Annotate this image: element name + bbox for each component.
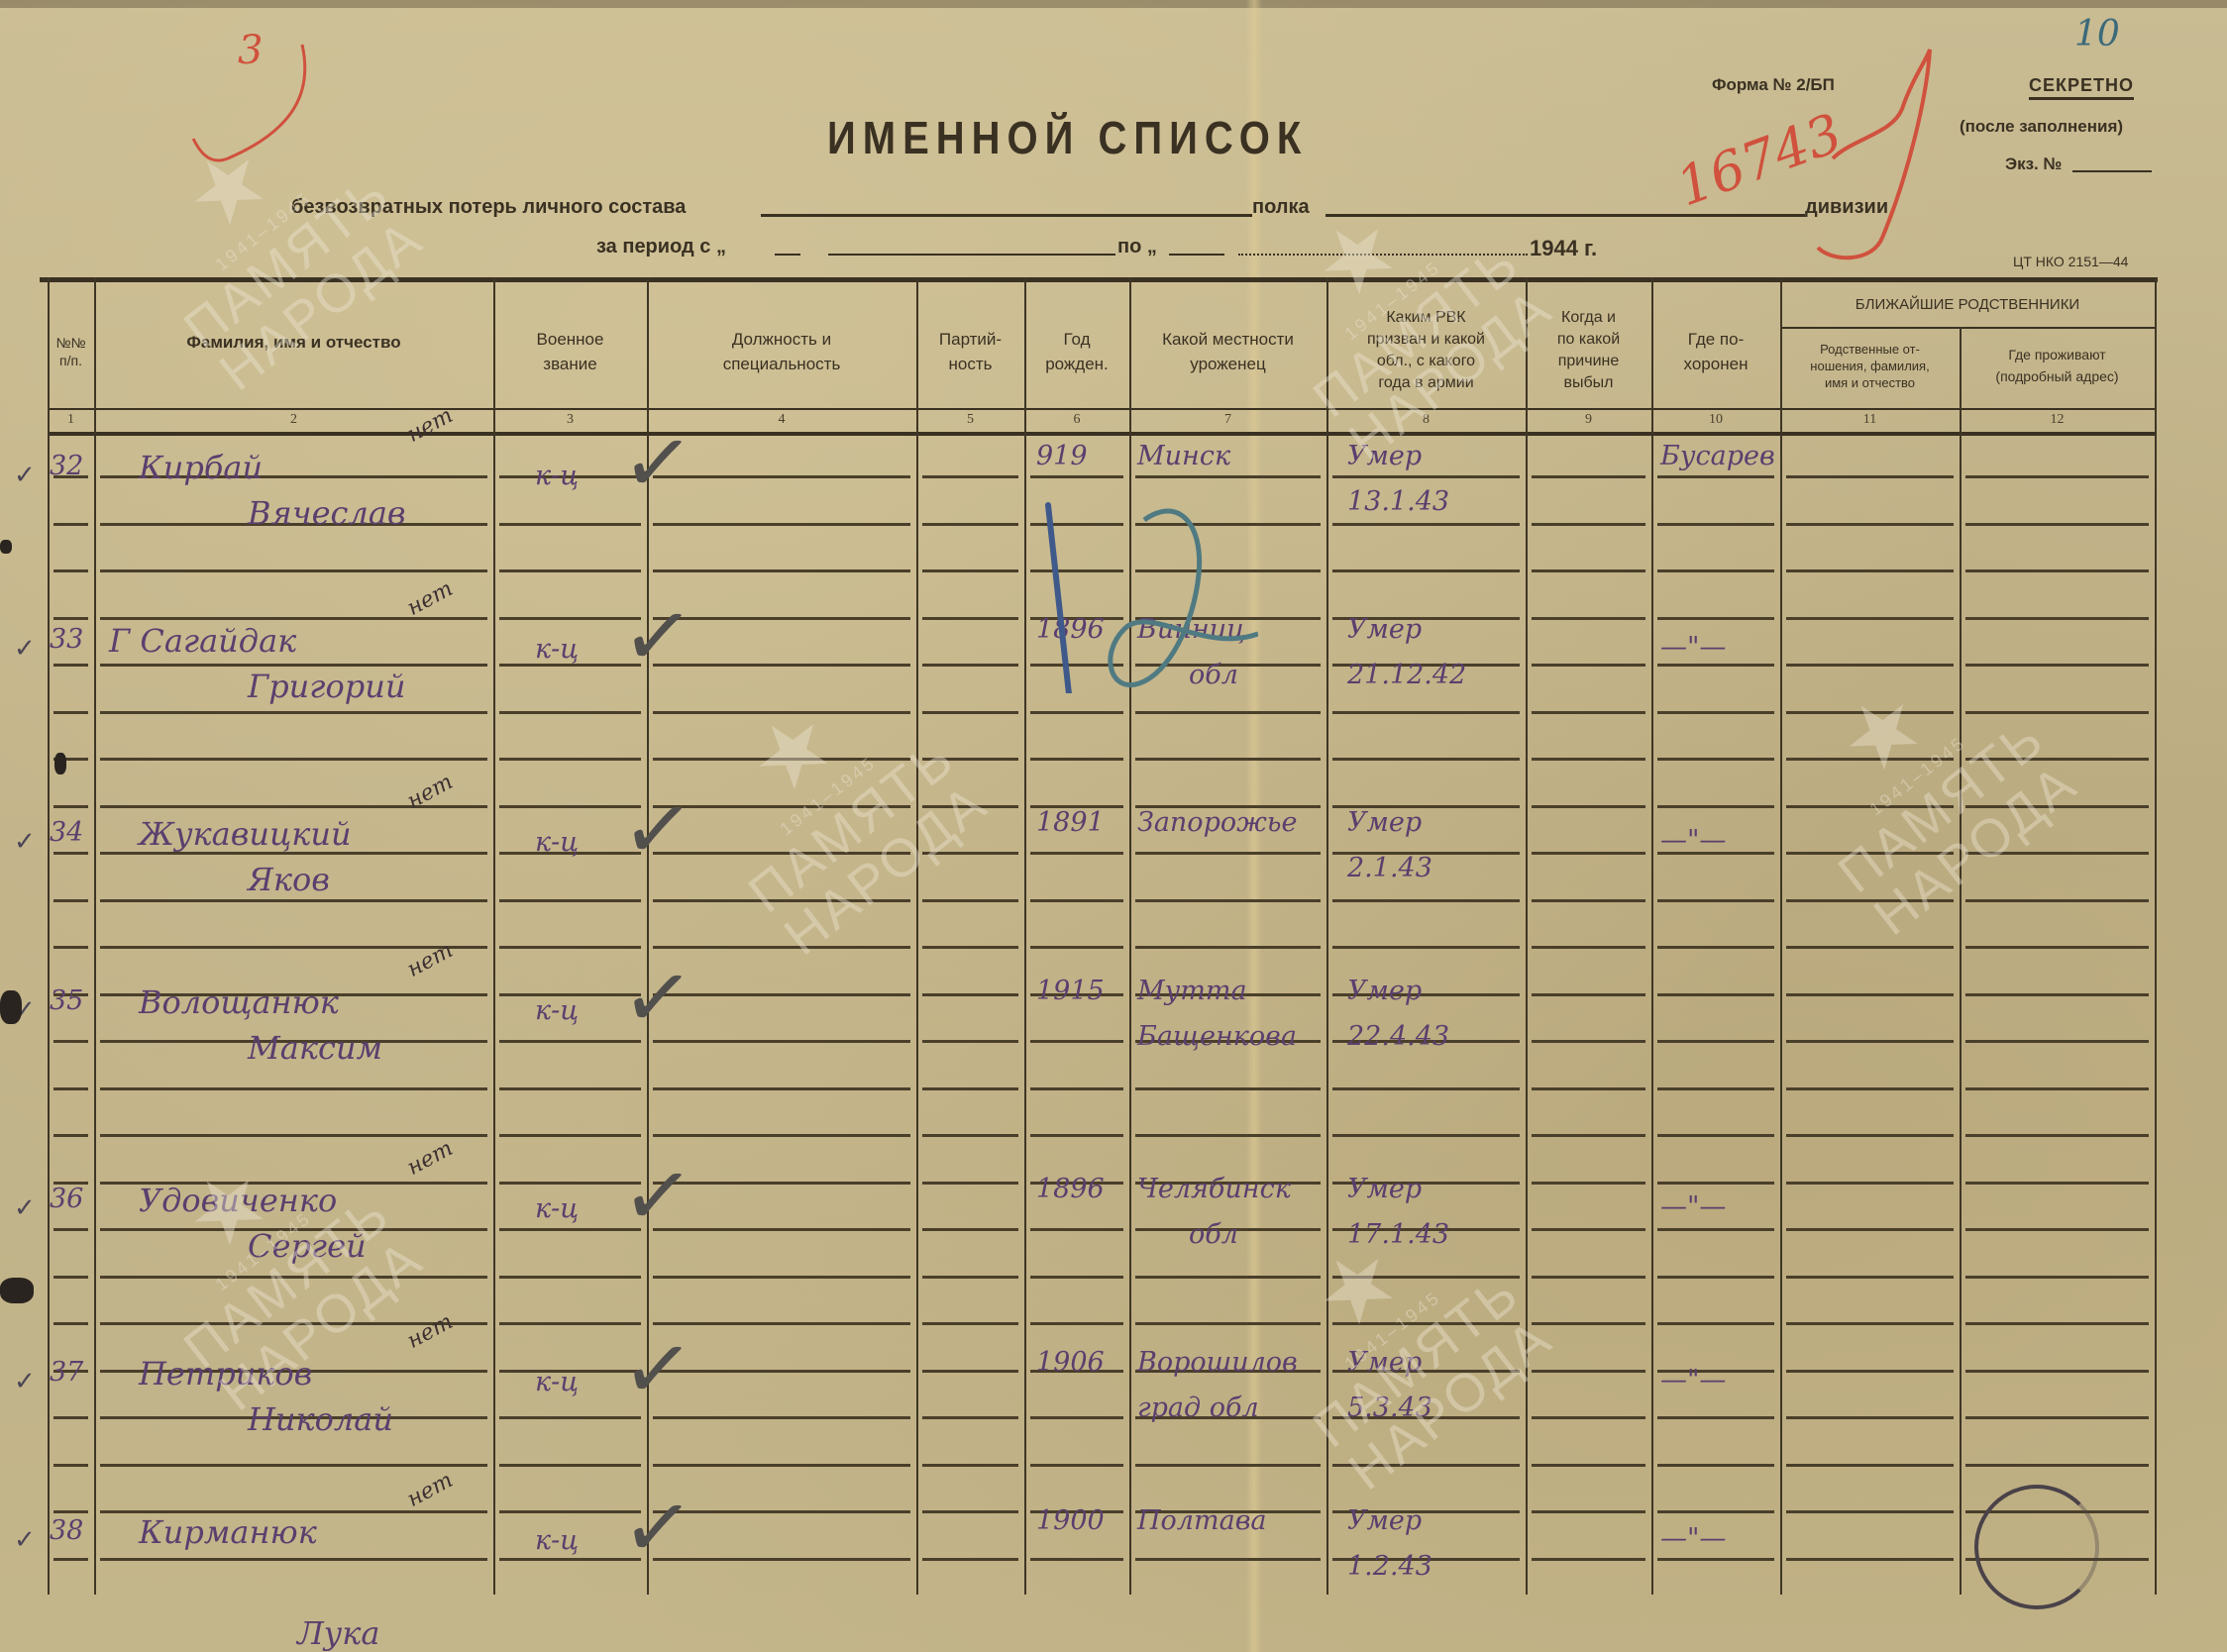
star-icon: ★ — [671, 642, 917, 862]
row-rule — [922, 1464, 1018, 1467]
check-mark-icon: ✓ — [14, 1525, 36, 1555]
row-rule — [1532, 1087, 1645, 1090]
row-rule — [1332, 758, 1520, 761]
death-date: 21.12.42 — [1347, 660, 1466, 690]
header-when-left-line1: Когда и — [1561, 307, 1616, 329]
copy-number-line — [2072, 170, 2152, 172]
column-rule — [2155, 277, 2157, 1595]
row-rule — [1332, 475, 1520, 478]
row-rule — [53, 946, 88, 949]
birthplace: Мутта — [1137, 976, 1247, 1006]
row-number: 32 — [50, 451, 83, 481]
status: Умер — [1347, 614, 1422, 645]
watermark-line2: НАРОДА — [1862, 754, 2088, 947]
header-rank-line1: Военное — [537, 327, 604, 352]
header-rank: Военное звание — [493, 297, 647, 406]
row-rule — [1332, 899, 1520, 902]
row-rule — [53, 852, 88, 855]
print-code: ЦТ НКО 2151—44 — [2013, 254, 2128, 269]
row-rule — [499, 1322, 641, 1325]
surname: Г Сагайдак — [109, 622, 296, 660]
row-rule — [1786, 711, 1954, 714]
row-rule — [1135, 1558, 1321, 1561]
death-date: 17.1.43 — [1347, 1219, 1449, 1250]
birthplace: Полтава — [1137, 1505, 1267, 1536]
row-rule — [922, 993, 1018, 996]
row-rule — [100, 1558, 487, 1561]
burial-place: —"— — [1660, 1191, 1726, 1222]
row-rule — [1657, 1040, 1774, 1043]
row-rule — [1030, 1040, 1123, 1043]
header-burial-line2: хоронен — [1684, 352, 1749, 376]
row-rule — [1657, 1416, 1774, 1419]
row-rule — [1965, 946, 2149, 949]
row-rule — [1965, 1370, 2149, 1373]
row-rule — [1786, 1370, 1954, 1373]
row-rule — [499, 569, 641, 572]
row-rule — [100, 899, 487, 902]
header-bottom-rule — [48, 408, 2155, 410]
header-burial-line1: Где по- — [1688, 327, 1745, 352]
header-birth-year-line1: Год — [1063, 327, 1090, 352]
rank: к-ц — [535, 1193, 579, 1224]
header-when-left-line4: выбыл — [1564, 372, 1614, 394]
row-rule — [1135, 852, 1321, 855]
header-position-line2: специальность — [723, 352, 841, 376]
column-number: 3 — [493, 412, 647, 428]
row-rule — [1786, 1134, 1954, 1137]
row-rule — [100, 758, 487, 761]
period-to-label: по „ — [1117, 236, 1157, 258]
page-number-handwritten: 10 — [2074, 14, 2120, 54]
row-rule — [1786, 1558, 1954, 1561]
row-rule — [100, 1276, 487, 1279]
row-rule — [1786, 569, 1954, 572]
column-rule — [94, 277, 96, 1595]
surname: Кирманюк — [139, 1513, 317, 1551]
given-name: Григорий — [248, 668, 405, 705]
row-number: 37 — [50, 1357, 83, 1388]
row-rule — [1332, 1087, 1520, 1090]
row-rule — [100, 664, 487, 667]
row-rule — [653, 664, 910, 667]
status: Умер — [1347, 1505, 1422, 1536]
verified-check-icon: ✓ — [618, 1323, 698, 1415]
check-mark-icon: ✓ — [14, 461, 36, 490]
status: Умер — [1347, 1347, 1422, 1378]
row-rule — [922, 1558, 1018, 1561]
party-note: нет — [403, 576, 457, 621]
row-rule — [1657, 569, 1774, 572]
header-birthplace: Какой местности уроженец — [1129, 297, 1326, 406]
row-rule — [1786, 899, 1954, 902]
row-rule — [922, 523, 1018, 526]
header-number-line2: п/п. — [59, 352, 82, 369]
row-rule — [100, 1464, 487, 1467]
header-relatives-name-line3: имя и отчество — [1825, 374, 1915, 391]
column-rule — [1024, 277, 1026, 1595]
row-rule — [1657, 523, 1774, 526]
birthplace: Запорожье — [1137, 807, 1297, 838]
given-name: Лука — [297, 1614, 379, 1652]
row-rule — [1532, 758, 1645, 761]
watermark-years: 1941–1945 — [1815, 692, 2020, 859]
column-number: 1 — [48, 412, 94, 428]
regiment-fill-line — [1326, 214, 1805, 217]
row-rule — [1332, 1276, 1520, 1279]
row-rule — [1532, 523, 1645, 526]
row-rule — [1786, 1276, 1954, 1279]
pamyat-naroda-watermark: ★1941–1945ПАМЯТЬНАРОДА — [1760, 622, 2088, 946]
row-rule — [1786, 475, 1954, 478]
row-rule — [922, 758, 1018, 761]
birth-year: 1896 — [1036, 1174, 1105, 1204]
given-name: Сергей — [248, 1227, 367, 1265]
period-from-label: за период с „ — [596, 236, 726, 258]
header-birthplace-line1: Какой местности — [1162, 327, 1294, 352]
row-rule — [1030, 946, 1123, 949]
row-rule — [1786, 1464, 1954, 1467]
row-rule — [53, 1510, 88, 1513]
row-rule — [1532, 805, 1645, 808]
row-rule — [499, 1087, 641, 1090]
row-rule — [499, 899, 641, 902]
star-icon: ★ — [1760, 622, 2007, 842]
row-rule — [1786, 1510, 1954, 1513]
header-when-left-line3: причине — [1558, 351, 1620, 372]
burial-place: —"— — [1660, 1365, 1726, 1395]
row-rule — [1532, 993, 1645, 996]
row-rule — [1657, 1558, 1774, 1561]
header-party-line1: Партий- — [939, 327, 1002, 352]
row-rule — [653, 1228, 910, 1231]
row-rule — [1135, 899, 1321, 902]
row-rule — [1786, 1040, 1954, 1043]
burial-place: —"— — [1660, 825, 1726, 856]
row-rule — [1135, 711, 1321, 714]
row-rule — [1657, 1276, 1774, 1279]
row-rule — [653, 569, 910, 572]
unit-fill-line — [761, 214, 1252, 217]
pamyat-naroda-watermark: ★1941–1945ПАМЯТЬНАРОДА — [671, 642, 999, 966]
column-number: 6 — [1024, 412, 1129, 428]
row-rule — [1965, 993, 2149, 996]
row-rule — [53, 664, 88, 667]
row-rule — [653, 1558, 910, 1561]
header-conscription-line3: обл., с какого — [1377, 351, 1475, 372]
row-rule — [1532, 1276, 1645, 1279]
row-rule — [1332, 711, 1520, 714]
header-birthplace-line2: уроженец — [1190, 352, 1265, 376]
column-number: 5 — [916, 412, 1024, 428]
row-rule — [1965, 1087, 2149, 1090]
row-rule — [53, 1228, 88, 1231]
row-rule — [1135, 1276, 1321, 1279]
red-signature-stroke — [1813, 40, 1991, 267]
status: Умер — [1347, 1174, 1422, 1204]
row-rule — [499, 711, 641, 714]
row-rule — [653, 1416, 910, 1419]
column-rule — [916, 277, 918, 1595]
row-rule — [499, 1416, 641, 1419]
row-rule — [922, 852, 1018, 855]
ink-blot — [54, 753, 66, 774]
verified-check-icon: ✓ — [618, 1150, 698, 1242]
row-rule — [100, 1087, 487, 1090]
row-rule — [499, 946, 641, 949]
row-rule — [922, 946, 1018, 949]
row-rule — [653, 758, 910, 761]
row-rule — [922, 711, 1018, 714]
row-rule — [1965, 1276, 2149, 1279]
header-relatives-address-line2: (подробный адрес) — [1995, 365, 2118, 387]
row-rule — [499, 805, 641, 808]
row-rule — [1965, 1228, 2149, 1231]
check-mark-icon: ✓ — [14, 634, 36, 664]
birth-year: 1906 — [1036, 1347, 1105, 1378]
row-number: 34 — [50, 817, 83, 848]
party-note: нет — [403, 1468, 457, 1512]
verified-check-icon: ✓ — [618, 1482, 698, 1574]
row-rule — [1786, 852, 1954, 855]
party-note: нет — [403, 938, 457, 982]
burial-place: —"— — [1660, 632, 1726, 663]
header-number-line1: №№ — [55, 334, 85, 352]
row-rule — [1135, 1464, 1321, 1467]
header-when-left-line2: по какой — [1557, 329, 1620, 351]
row-rule — [53, 805, 88, 808]
row-rule — [1532, 711, 1645, 714]
header-relatives-address-line1: Где проживают — [2008, 344, 2105, 365]
row-rule — [1657, 1182, 1774, 1185]
row-rule — [53, 899, 88, 902]
surname: Волощанюк — [139, 983, 339, 1021]
document-title: ИМЕННОЙ СПИСОК — [827, 114, 1308, 165]
row-rule — [1786, 617, 1954, 620]
row-rule — [922, 1040, 1018, 1043]
year-label: 1944 г. — [1530, 236, 1597, 261]
table-top-rule — [40, 277, 2158, 282]
row-rule — [1030, 1416, 1123, 1419]
death-date: 13.1.43 — [1347, 486, 1449, 517]
copy-number-label: Экз. № — [2005, 155, 2062, 174]
row-rule — [1786, 1322, 1954, 1325]
column-rule — [1526, 277, 1528, 1595]
row-rule — [1532, 1040, 1645, 1043]
row-rule — [922, 1370, 1018, 1373]
row-rule — [1657, 617, 1774, 620]
row-rule — [1030, 1228, 1123, 1231]
column-rule — [1326, 277, 1328, 1595]
row-rule — [653, 852, 910, 855]
surname: Петриков — [139, 1355, 312, 1393]
watermark-years: 1941–1945 — [160, 148, 366, 314]
row-rule — [100, 569, 487, 572]
check-mark-icon: ✓ — [14, 1367, 36, 1396]
row-number: 33 — [50, 624, 83, 655]
period-day-line — [775, 254, 800, 256]
header-party-line2: ность — [949, 352, 993, 376]
rank: к-ц — [535, 995, 579, 1026]
row-rule — [1786, 758, 1954, 761]
row-rule — [1965, 1322, 2149, 1325]
row-rule — [1965, 1182, 2149, 1185]
row-rule — [53, 569, 88, 572]
relatives-group-rule — [1780, 327, 2155, 329]
column-rule — [1780, 277, 1782, 1595]
row-rule — [1030, 1464, 1123, 1467]
row-rule — [653, 946, 910, 949]
watermark-years: 1941–1945 — [1290, 1247, 1495, 1413]
row-rule — [1657, 1228, 1774, 1231]
row-rule — [1030, 1558, 1123, 1561]
row-rule — [53, 1276, 88, 1279]
row-rule — [922, 1416, 1018, 1419]
status: Умер — [1347, 976, 1422, 1006]
row-rule — [53, 1040, 88, 1043]
row-rule — [1532, 1322, 1645, 1325]
row-number: 35 — [50, 985, 83, 1016]
row-rule — [1030, 1322, 1123, 1325]
row-rule — [1657, 1464, 1774, 1467]
period-to-month-line — [1238, 254, 1528, 256]
surname: Удовиченко — [139, 1182, 337, 1219]
header-relatives-name: Родственные от- ношения, фамилия, имя и … — [1780, 335, 1960, 396]
row-rule — [922, 1276, 1018, 1279]
row-rule — [100, 1134, 487, 1137]
row-rule — [653, 1276, 910, 1279]
row-rule — [922, 664, 1018, 667]
given-name: Вячеслав — [248, 494, 406, 532]
column-number: 8 — [1326, 412, 1526, 428]
ink-blot — [0, 540, 12, 554]
verified-check-icon: ✓ — [618, 417, 698, 509]
row-rule — [1030, 1134, 1123, 1137]
verified-check-icon: ✓ — [618, 783, 698, 876]
row-rule — [499, 1464, 641, 1467]
row-rule — [1532, 1228, 1645, 1231]
row-rule — [1965, 899, 2149, 902]
party-note: нет — [403, 1136, 457, 1181]
column-number: 10 — [1651, 412, 1780, 428]
header-relatives-group: БЛИЖАЙШИЕ РОДСТВЕННИКИ — [1780, 289, 2155, 321]
header-number: №№ п/п. — [48, 297, 94, 406]
header-position: Должность и специальность — [647, 297, 916, 406]
row-rule — [1030, 1276, 1123, 1279]
header-conscription-line4: года в армии — [1378, 372, 1473, 394]
given-name: Николай — [248, 1400, 393, 1438]
row-rule — [1532, 1510, 1645, 1513]
row-rule — [1532, 664, 1645, 667]
row-rule — [922, 805, 1018, 808]
row-rule — [922, 1134, 1018, 1137]
row-rule — [499, 758, 641, 761]
given-name: Яков — [248, 861, 330, 898]
row-rule — [1786, 1416, 1954, 1419]
row-rule — [1965, 805, 2149, 808]
row-rule — [1657, 758, 1774, 761]
row-rule — [1657, 664, 1774, 667]
row-rule — [1532, 899, 1645, 902]
row-rule — [100, 711, 487, 714]
row-rule — [922, 475, 1018, 478]
row-rule — [53, 711, 88, 714]
row-rule — [1332, 569, 1520, 572]
row-rule — [922, 1322, 1018, 1325]
row-rule — [1532, 475, 1645, 478]
row-rule — [53, 1134, 88, 1137]
losses-line-label: безвозвратных потерь личного состава — [291, 196, 686, 219]
row-rule — [1786, 1182, 1954, 1185]
birth-year: 1891 — [1036, 807, 1105, 838]
burial-place: Бусарев — [1660, 441, 1775, 471]
header-burial: Где по- хоронен — [1651, 297, 1780, 406]
surname: Жукавицкий — [139, 815, 352, 853]
column-number-rule — [48, 432, 2155, 436]
column-rule — [1960, 327, 1962, 1595]
row-rule — [1657, 475, 1774, 478]
row-number: 38 — [50, 1515, 83, 1546]
row-rule — [1965, 523, 2149, 526]
red-circle-stroke — [188, 30, 317, 168]
row-rule — [1332, 523, 1520, 526]
header-conscription-line1: Каким РВК — [1386, 307, 1465, 329]
row-rule — [1786, 993, 1954, 996]
row-rule — [653, 1040, 910, 1043]
column-number: 7 — [1129, 412, 1326, 428]
birth-year: 1915 — [1036, 976, 1105, 1006]
row-rule — [922, 1228, 1018, 1231]
verified-check-icon: ✓ — [618, 590, 698, 682]
row-rule — [653, 1134, 910, 1137]
row-rule — [53, 523, 88, 526]
row-rule — [653, 523, 910, 526]
row-rule — [53, 1464, 88, 1467]
row-rule — [1965, 758, 2149, 761]
row-rule — [1965, 475, 2149, 478]
death-date: 1.2.43 — [1347, 1551, 1432, 1582]
surname: Кирбай — [139, 449, 263, 486]
row-rule — [1532, 1370, 1645, 1373]
header-birth-year-line2: рожден. — [1045, 352, 1109, 376]
row-rule — [1030, 711, 1123, 714]
row-rule — [653, 1087, 910, 1090]
row-rule — [1786, 805, 1954, 808]
rank: к-ц — [535, 1367, 579, 1397]
row-rule — [653, 1464, 910, 1467]
birth-year: 1900 — [1036, 1505, 1105, 1536]
row-rule — [922, 899, 1018, 902]
row-rule — [1965, 1134, 2149, 1137]
row-rule — [1657, 1134, 1774, 1137]
header-relatives-address: Где проживают (подробный адрес) — [1960, 335, 2155, 396]
period-to-day-line — [1169, 254, 1224, 256]
given-name: Максим — [248, 1029, 382, 1067]
column-number: 9 — [1526, 412, 1651, 428]
row-rule — [922, 617, 1018, 620]
header-conscription: Каким РВК призван и какой обл., с какого… — [1326, 293, 1526, 407]
row-rule — [1532, 946, 1645, 949]
header-position-line1: Должность и — [732, 327, 831, 352]
header-relatives-name-line2: ношения, фамилия, — [1810, 358, 1929, 374]
header-when-left: Когда и по какой причине выбыл — [1526, 293, 1651, 407]
row-rule — [922, 1087, 1018, 1090]
header-conscription-line2: призван и какой — [1367, 329, 1485, 351]
column-rule — [1651, 277, 1653, 1595]
row-number: 36 — [50, 1184, 83, 1214]
watermark-line2: НАРОДА — [773, 774, 999, 967]
row-rule — [1135, 1134, 1321, 1137]
